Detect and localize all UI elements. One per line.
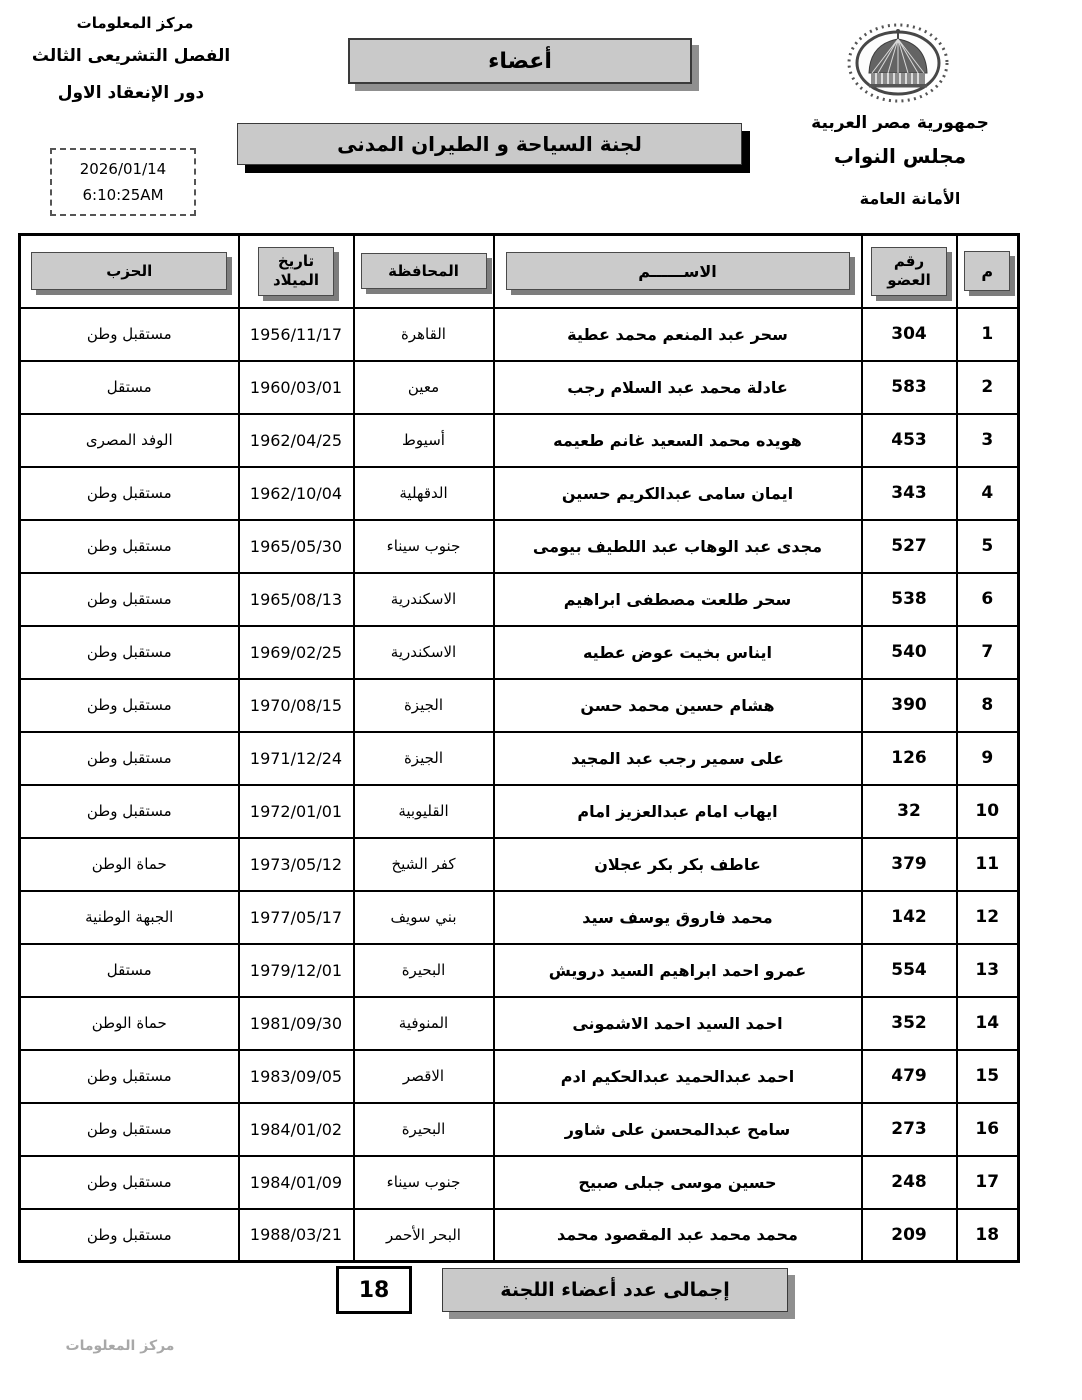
birth-date-cell: 1965/05/30 xyxy=(239,520,354,573)
party-cell: مستقبل وطن xyxy=(20,1156,239,1209)
party-cell: حماة الوطن xyxy=(20,997,239,1050)
print-time: 6:10:25AM xyxy=(82,186,163,204)
birth-date-cell: 1973/05/12 xyxy=(239,838,354,891)
member-number-cell: 352 xyxy=(862,997,957,1050)
party-cell: مستقل xyxy=(20,361,239,414)
governorate-cell: كفر الشيخ xyxy=(354,838,494,891)
birth-date-cell: 1969/02/25 xyxy=(239,626,354,679)
member-name-cell: ايناس بخيت عوض عطيه xyxy=(494,626,862,679)
member-name-cell: احمد السيد احمد الاشمونى xyxy=(494,997,862,1050)
birth-date-cell: 1983/09/05 xyxy=(239,1050,354,1103)
row-index-cell: 16 xyxy=(957,1103,1019,1156)
member-number-cell: 379 xyxy=(862,838,957,891)
committee-title: لجنة السياحة و الطيران المدنى xyxy=(337,132,642,156)
birth-date-cell: 1971/12/24 xyxy=(239,732,354,785)
table-row: 3 453 هويده محمد السعيد غانم طعيمه أسيوط… xyxy=(20,414,1019,467)
party-cell: مستقبل وطن xyxy=(20,679,239,732)
legislative-term-label: الفصل التشريعى الثالث xyxy=(22,46,240,66)
party-cell: مستقبل وطن xyxy=(20,573,239,626)
governorate-cell: أسيوط xyxy=(354,414,494,467)
row-index-cell: 14 xyxy=(957,997,1019,1050)
table-row: 16 273 سامح عبدالمحسن على شاور البحيرة 1… xyxy=(20,1103,1019,1156)
member-number-cell: 32 xyxy=(862,785,957,838)
governorate-cell: الاقصر xyxy=(354,1050,494,1103)
birth-date-cell: 1956/11/17 xyxy=(239,308,354,361)
governorate-cell: بني سويف xyxy=(354,891,494,944)
member-number-cell: 304 xyxy=(862,308,957,361)
member-name-cell: ايهاب امام عبدالعزيز امام xyxy=(494,785,862,838)
table-row: 9 126 على سمير رجب عبد المجيد الجيزة 197… xyxy=(20,732,1019,785)
column-header-index: م xyxy=(957,235,1019,308)
party-cell: مستقبل وطن xyxy=(20,1103,239,1156)
parliament-dome-logo-icon xyxy=(846,22,950,112)
member-number-cell: 248 xyxy=(862,1156,957,1209)
member-number-cell: 390 xyxy=(862,679,957,732)
committee-title-box: لجنة السياحة و الطيران المدنى xyxy=(237,123,742,165)
governorate-cell: الاسكندرية xyxy=(354,573,494,626)
party-cell: مستقبل وطن xyxy=(20,1050,239,1103)
column-header-birth-date: تاريخ الميلاد xyxy=(239,235,354,308)
table-row: 7 540 ايناس بخيت عوض عطيه الاسكندرية 196… xyxy=(20,626,1019,679)
member-name-cell: محمد محمد عبد المقصود محمد xyxy=(494,1209,862,1262)
member-number-cell: 538 xyxy=(862,573,957,626)
member-name-cell: حسين موسى جبلى صبيح xyxy=(494,1156,862,1209)
member-name-cell: احمد عبدالحميد عبدالحكيم ادم xyxy=(494,1050,862,1103)
party-cell: الوفد المصرى xyxy=(20,414,239,467)
council-label: مجلس النواب xyxy=(808,144,992,168)
governorate-cell: الجيزة xyxy=(354,679,494,732)
party-cell: مستقبل وطن xyxy=(20,626,239,679)
column-header-name: الاســــــم xyxy=(494,235,862,308)
table-row: 14 352 احمد السيد احمد الاشمونى المنوفية… xyxy=(20,997,1019,1050)
member-name-cell: عمرو احمد ابراهيم السيد درويش xyxy=(494,944,862,997)
party-cell: الجبهة الوطنية xyxy=(20,891,239,944)
birth-date-cell: 1988/03/21 xyxy=(239,1209,354,1262)
birth-date-cell: 1977/05/17 xyxy=(239,891,354,944)
table-row: 4 343 ايمان سامى عبدالكريم حسين الدقهلية… xyxy=(20,467,1019,520)
row-index-cell: 10 xyxy=(957,785,1019,838)
birth-date-cell: 1962/04/25 xyxy=(239,414,354,467)
row-index-cell: 6 xyxy=(957,573,1019,626)
party-cell: مستقبل وطن xyxy=(20,785,239,838)
birth-date-cell: 1981/09/30 xyxy=(239,997,354,1050)
party-cell: مستقبل وطن xyxy=(20,308,239,361)
table-row: 11 379 عاطف بكر بكر عجلان كفر الشيخ 1973… xyxy=(20,838,1019,891)
table-row: 2 583 عادلة محمد عبد السلام رجب معين 196… xyxy=(20,361,1019,414)
print-date: 2026/01/14 xyxy=(80,160,166,178)
birth-date-cell: 1984/01/09 xyxy=(239,1156,354,1209)
report-page: مركز المعلومات الفصل التشريعى الثالث دور… xyxy=(0,0,1082,1400)
birth-date-cell: 1965/08/13 xyxy=(239,573,354,626)
party-cell: مستقبل وطن xyxy=(20,1209,239,1262)
member-name-cell: عاطف بكر بكر عجلان xyxy=(494,838,862,891)
row-index-cell: 17 xyxy=(957,1156,1019,1209)
party-cell: مستقبل وطن xyxy=(20,467,239,520)
total-members-count-box: 18 xyxy=(336,1266,412,1314)
info-center-label: مركز المعلومات xyxy=(40,14,230,32)
governorate-cell: جنوب سيناء xyxy=(354,520,494,573)
members-table: م رقم العضو الاســــــم المحافظة تاريخ ا… xyxy=(18,233,1020,1263)
row-index-cell: 12 xyxy=(957,891,1019,944)
total-members-count: 18 xyxy=(359,1278,390,1303)
member-name-cell: مجدى عبد الوهاب عبد اللطيف بيومى xyxy=(494,520,862,573)
governorate-cell: البحيرة xyxy=(354,944,494,997)
column-header-governorate: المحافظة xyxy=(354,235,494,308)
members-title: أعضاء xyxy=(488,49,552,74)
row-index-cell: 2 xyxy=(957,361,1019,414)
table-row: 12 142 محمد فاروق يوسف سيد بني سويف 1977… xyxy=(20,891,1019,944)
row-index-cell: 7 xyxy=(957,626,1019,679)
member-number-cell: 126 xyxy=(862,732,957,785)
member-number-cell: 479 xyxy=(862,1050,957,1103)
member-number-cell: 583 xyxy=(862,361,957,414)
session-label: دور الإنعقاد الاول xyxy=(22,83,240,103)
members-title-box: أعضاء xyxy=(348,38,692,84)
table-header-row: م رقم العضو الاســــــم المحافظة تاريخ ا… xyxy=(20,235,1019,308)
governorate-cell: البحيرة xyxy=(354,1103,494,1156)
total-members-label-box: إجمالى عدد أعضاء اللجنة xyxy=(442,1268,788,1312)
row-index-cell: 1 xyxy=(957,308,1019,361)
footer-info-center-label: مركز المعلومات xyxy=(45,1338,195,1354)
member-name-cell: على سمير رجب عبد المجيد xyxy=(494,732,862,785)
member-number-cell: 540 xyxy=(862,626,957,679)
table-row: 5 527 مجدى عبد الوهاب عبد اللطيف بيومى ج… xyxy=(20,520,1019,573)
republic-label: جمهورية مصر العربية xyxy=(798,113,1002,133)
member-name-cell: هويده محمد السعيد غانم طعيمه xyxy=(494,414,862,467)
birth-date-cell: 1972/01/01 xyxy=(239,785,354,838)
table-row: 15 479 احمد عبدالحميد عبدالحكيم ادم الاق… xyxy=(20,1050,1019,1103)
table-row: 13 554 عمرو احمد ابراهيم السيد درويش الب… xyxy=(20,944,1019,997)
row-index-cell: 11 xyxy=(957,838,1019,891)
governorate-cell: البحر الأحمر xyxy=(354,1209,494,1262)
table-row: 18 209 محمد محمد عبد المقصود محمد البحر … xyxy=(20,1209,1019,1262)
table-row: 17 248 حسين موسى جبلى صبيح جنوب سيناء 19… xyxy=(20,1156,1019,1209)
governorate-cell: الدقهلية xyxy=(354,467,494,520)
member-name-cell: سامح عبدالمحسن على شاور xyxy=(494,1103,862,1156)
member-number-cell: 142 xyxy=(862,891,957,944)
table-row: 10 32 ايهاب امام عبدالعزيز امام القليوبي… xyxy=(20,785,1019,838)
member-number-cell: 554 xyxy=(862,944,957,997)
member-number-cell: 343 xyxy=(862,467,957,520)
governorate-cell: جنوب سيناء xyxy=(354,1156,494,1209)
member-name-cell: سحر طلعت مصطفى ابراهيم xyxy=(494,573,862,626)
birth-date-cell: 1979/12/01 xyxy=(239,944,354,997)
row-index-cell: 9 xyxy=(957,732,1019,785)
table-row: 1 304 سحر عبد المنعم محمد عطية القاهرة 1… xyxy=(20,308,1019,361)
print-date-box: 2026/01/14 6:10:25AM xyxy=(50,148,196,216)
column-header-member-number: رقم العضو xyxy=(862,235,957,308)
member-number-cell: 453 xyxy=(862,414,957,467)
total-members-label: إجمالى عدد أعضاء اللجنة xyxy=(500,1279,729,1301)
party-cell: مستقبل وطن xyxy=(20,520,239,573)
secretariat-label: الأمانة العامة xyxy=(828,189,992,208)
member-number-cell: 209 xyxy=(862,1209,957,1262)
table-row: 6 538 سحر طلعت مصطفى ابراهيم الاسكندرية … xyxy=(20,573,1019,626)
party-cell: مستقل xyxy=(20,944,239,997)
row-index-cell: 8 xyxy=(957,679,1019,732)
governorate-cell: الجيزة xyxy=(354,732,494,785)
governorate-cell: المنوفية xyxy=(354,997,494,1050)
table-row: 8 390 هشام حسين محمد حسن الجيزة 1970/08/… xyxy=(20,679,1019,732)
governorate-cell: القليوبية xyxy=(354,785,494,838)
governorate-cell: القاهرة xyxy=(354,308,494,361)
birth-date-cell: 1960/03/01 xyxy=(239,361,354,414)
member-name-cell: محمد فاروق يوسف سيد xyxy=(494,891,862,944)
party-cell: مستقبل وطن xyxy=(20,732,239,785)
member-name-cell: عادلة محمد عبد السلام رجب xyxy=(494,361,862,414)
governorate-cell: معين xyxy=(354,361,494,414)
party-cell: حماة الوطن xyxy=(20,838,239,891)
governorate-cell: الاسكندرية xyxy=(354,626,494,679)
member-name-cell: سحر عبد المنعم محمد عطية xyxy=(494,308,862,361)
birth-date-cell: 1984/01/02 xyxy=(239,1103,354,1156)
member-name-cell: ايمان سامى عبدالكريم حسين xyxy=(494,467,862,520)
row-index-cell: 15 xyxy=(957,1050,1019,1103)
column-header-party: الحزب xyxy=(20,235,239,308)
member-name-cell: هشام حسين محمد حسن xyxy=(494,679,862,732)
row-index-cell: 3 xyxy=(957,414,1019,467)
row-index-cell: 18 xyxy=(957,1209,1019,1262)
row-index-cell: 13 xyxy=(957,944,1019,997)
birth-date-cell: 1970/08/15 xyxy=(239,679,354,732)
member-number-cell: 527 xyxy=(862,520,957,573)
row-index-cell: 4 xyxy=(957,467,1019,520)
member-number-cell: 273 xyxy=(862,1103,957,1156)
birth-date-cell: 1962/10/04 xyxy=(239,467,354,520)
row-index-cell: 5 xyxy=(957,520,1019,573)
